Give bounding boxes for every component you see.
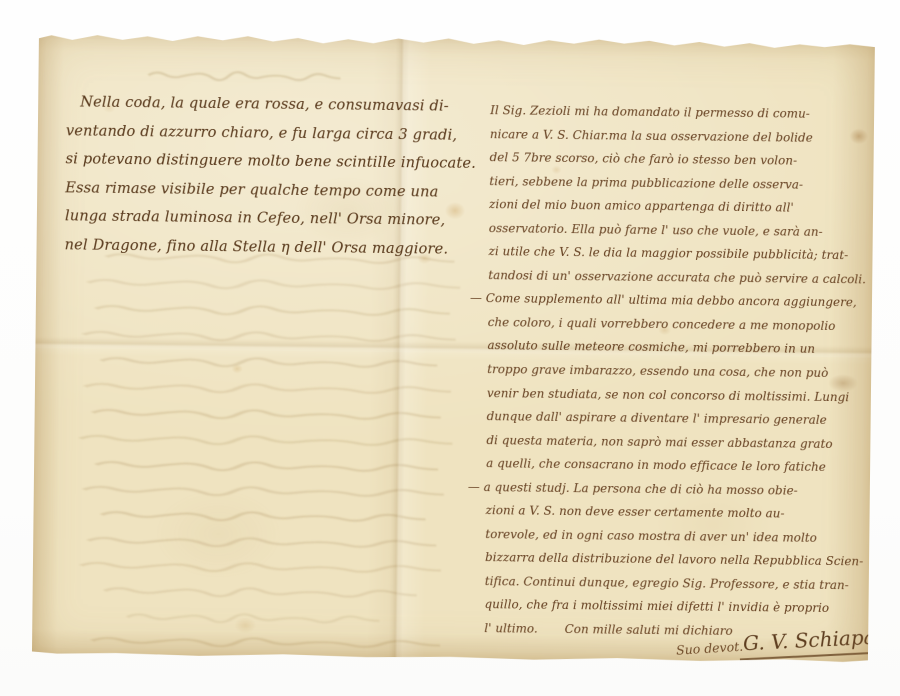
letter-line: Nella coda, la quale era rossa, e consum… [66, 88, 477, 121]
photograph-background: Nella coda, la quale era rossa, e consum… [0, 0, 900, 696]
letter-line: ventando di azzurro chiaro, e fu larga c… [66, 117, 477, 150]
letter-line: Essa rimase visibile per qualche tempo c… [65, 174, 476, 207]
valediction: Suo devot. [676, 639, 744, 658]
paper-stains [39, 32, 875, 41]
left-page-text: Nella coda, la quale era rossa, e consum… [64, 88, 476, 264]
stain [229, 362, 245, 375]
letter-line: si potevano distinguere molto bene scint… [65, 145, 476, 178]
stain [230, 614, 260, 636]
stain [133, 473, 304, 595]
letter-line: lunga strada luminosa in Cefeo, nell' Or… [65, 203, 476, 236]
letter-line: nel Dragone, fino alla Stella η dell' Or… [64, 231, 475, 264]
letter-paper: Nella coda, la quale era rossa, e consum… [32, 32, 875, 663]
right-page-text: Il Sig. Zezioli mi ha domandato il perme… [484, 99, 868, 645]
